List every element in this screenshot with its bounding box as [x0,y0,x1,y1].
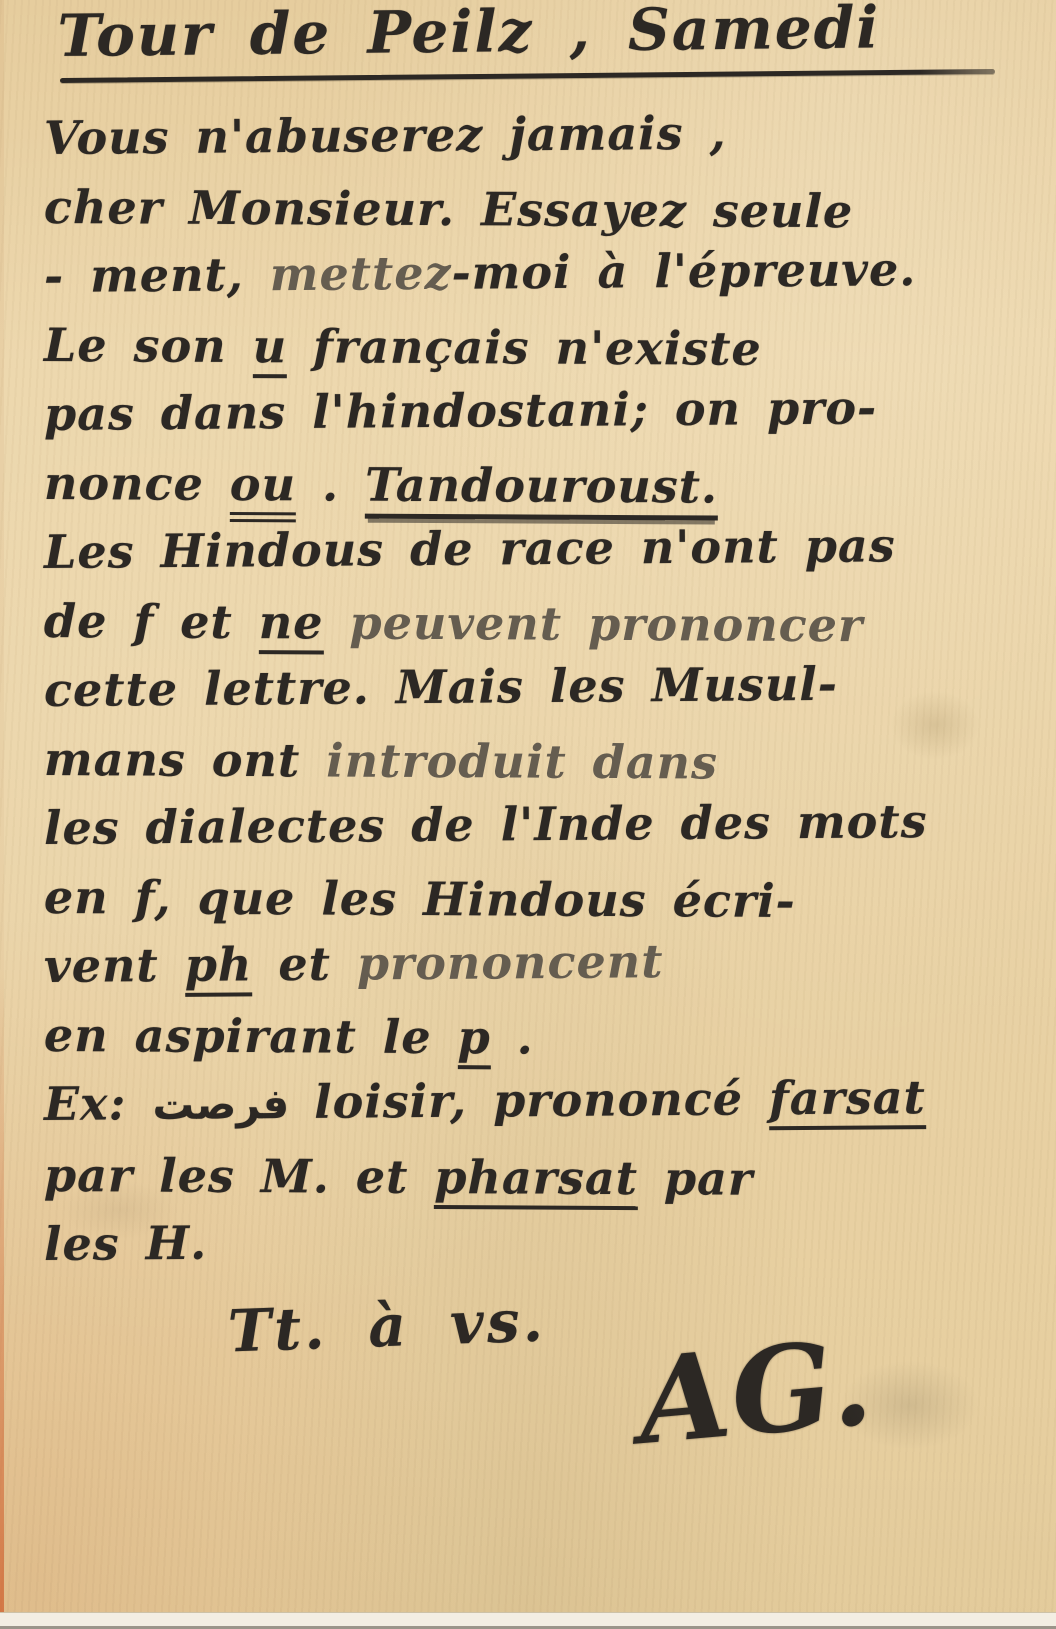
signature-monogram: AG. [632,1312,878,1471]
text-segment [323,595,349,649]
text-segment: de f et [44,594,259,649]
text-segment: - ment, [44,247,270,303]
text-segment: en aspirant le [44,1008,458,1064]
letter-line: Vous n'abuserez jamais , [44,96,1043,173]
dateline-underline [60,69,995,83]
text-segment: mettez [270,246,452,301]
text-segment: les H. [44,1216,208,1271]
text-segment: cette lettre. Mais les Musul- [44,657,838,717]
text-segment: prononcent [357,934,664,990]
text-segment: Les Hindous de race n'ont pas [44,518,896,579]
text-segment: Ex: [44,1076,153,1131]
letter-line: cette lettre. Mais les Musul- [44,648,1043,725]
text-segment: français n'existe [287,319,762,375]
underlined-word: ph [184,937,252,997]
letter-line: les H. [44,1202,1043,1279]
text-segment: vent [44,938,185,993]
underlined-word: farsat [769,1070,926,1130]
text-segment: loisir, prononcé [289,1071,769,1129]
underlined-word: ne [259,595,324,654]
underlined-word: pharsat [434,1150,638,1210]
letter-line: les dialectes de l'Inde des mots [44,786,1043,863]
text-segment: peuvent prononcer [349,596,863,653]
handwritten-postcard: Tour de Peilz , Samedi Vous n'abuserez j… [0,0,1056,1629]
text-segment: nonce [44,456,230,511]
text-segment: pas dans l'hindostani; on pro- [44,380,878,441]
letter-line: Ex: فرصت loisir, prononcé farsat [44,1062,1043,1141]
letter-body: Vous n'abuserez jamais ,cher Monsieur. E… [44,104,1042,1279]
scan-edge-left [0,0,4,1616]
text-segment: et [252,937,357,992]
dateline: Tour de Peilz , Samedi [57,0,1026,70]
double-underlined-word: ou [230,457,296,522]
arabic-word: فرصت [152,1080,289,1129]
text-segment: en f, que les Hindous écri- [44,870,796,928]
closing-formula: Tt. à vs. [227,1286,547,1365]
text-segment: cher Monsieur. Essayez seule [44,180,854,238]
text-segment: introduit dans [326,733,718,789]
scan-edge-bottom [0,1612,1056,1629]
underlined-word: p [457,1010,490,1069]
text-segment: mans ont [44,732,327,787]
letter-line: pas dans l'hindostani; on pro- [44,372,1043,449]
letter-line: Les Hindous de race n'ont pas [44,510,1043,587]
dateline-block: Tour de Peilz , Samedi [58,2,1026,83]
text-segment: Vous n'abuserez jamais , [44,106,727,165]
text-segment: par [638,1151,754,1206]
underlined-word: Tandouroust. [365,458,718,521]
text-segment: les dialectes de l'Inde des mots [44,794,928,855]
text-segment: . [491,1010,534,1064]
text-segment: Le son [44,318,253,373]
text-segment: par les M. et [44,1148,435,1204]
text-segment: . [296,457,365,511]
text-segment: -moi à l'épreuve. [451,242,916,300]
letter-line: - ment, mettez-moi à l'épreuve. [44,234,1043,311]
underlined-word: u [253,319,288,378]
letter-line: vent ph et prononcent [44,924,1043,1001]
